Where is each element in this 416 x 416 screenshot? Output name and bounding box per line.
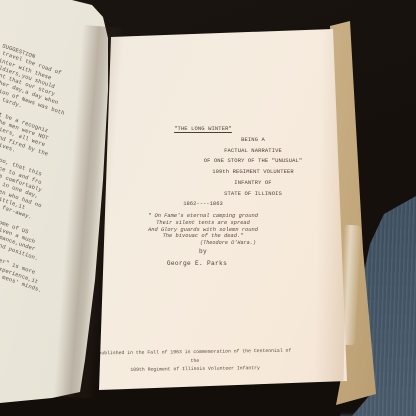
subtitle-lines: BEING AFACTUAL NARRATIVEOF ONE STORY OF … <box>203 135 303 200</box>
publication-line: 109th Regiment of Illinois Volunteer Inf… <box>95 365 295 376</box>
subtitle-line: OF ONE STORY OF THE "UNUSUAL" <box>203 156 303 167</box>
date-range: 1862----1863 <box>103 200 303 207</box>
subtitle-line: BEING A <box>203 135 303 146</box>
subtitle-line: FACTUAL NARRATIVE <box>203 146 303 157</box>
quote-attribution: (Theodore O'Hara.) <box>128 240 328 246</box>
title-block: "THE LONG WINTER" BEING AFACTUAL NARRATI… <box>103 124 303 135</box>
subtitle-line: STATE OF ILLINOIS <box>203 189 303 200</box>
quote-line: " On Fame's eternal camping ground <box>103 213 303 220</box>
publication-note: published in the Fall of 1963 in commemo… <box>95 348 295 377</box>
quote-line: Their silent tents are spread <box>103 220 303 227</box>
subtitle-line: 109th REGIMENT VOLUNTEER INFANTRY OF <box>203 167 303 189</box>
author-name: George E. Parks <box>97 260 297 267</box>
quote-line: And Glory guards with solemn round <box>103 227 303 234</box>
book-title: "THE LONG WINTER" <box>103 124 303 135</box>
photo-of-open-book: SUGGESTIONu travel the road ofWinter wit… <box>0 0 416 416</box>
epigraph-quote: " On Fame's eternal camping groundTheir … <box>103 213 303 240</box>
by-label: by <box>103 248 303 255</box>
